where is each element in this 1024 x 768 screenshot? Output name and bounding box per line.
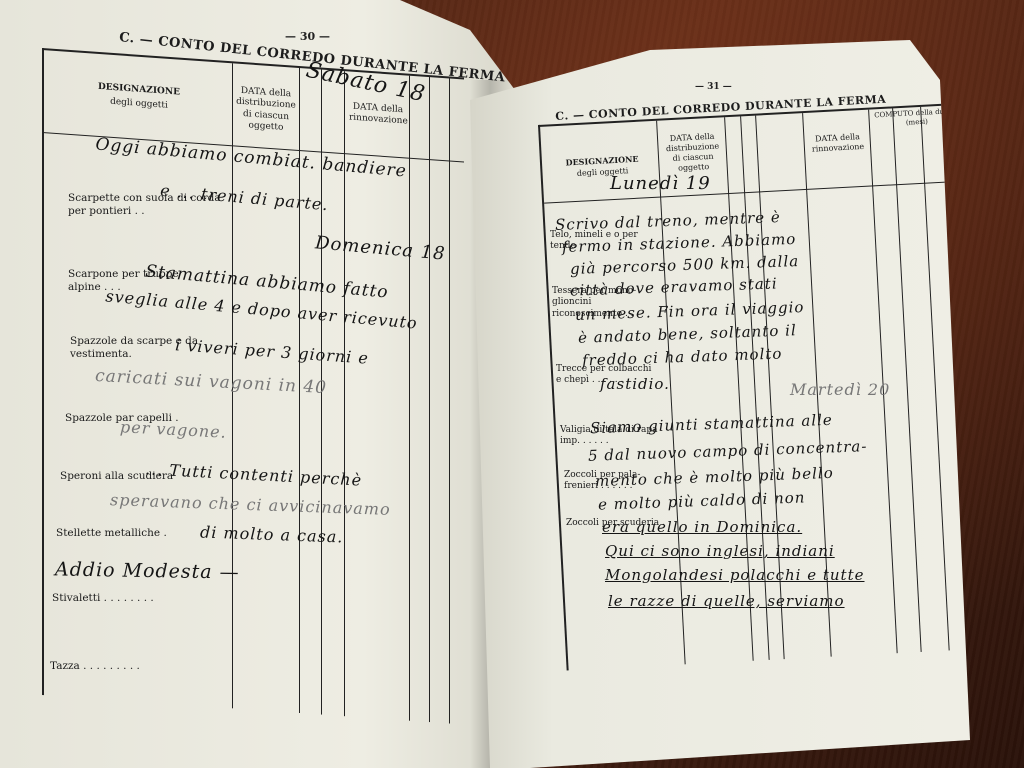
handwriting-line: Mongolandesi polacchi e tutte [605, 566, 865, 584]
handwriting-line: era quello in Dominica. [602, 518, 802, 536]
handwriting-signature: Addio Modesta — [55, 558, 240, 583]
handwriting-line: Lunedì 19 [610, 173, 711, 194]
right-page: — 31 — C. — CONTO DEL CORREDO DURANTE LA… [470, 40, 1024, 768]
handwriting-line: le razze di quelle, serviamo [608, 592, 845, 610]
page-number: — 30 — [285, 30, 330, 43]
col-data-rinnovazione: DATA della rinnovazione [349, 101, 407, 128]
item-row: Stivaletti . . . . . . . . [52, 592, 222, 605]
handwriting-line: Martedì 20 [790, 380, 890, 399]
col-data-distribuzione: DATA della distribuzione di ciascun ogge… [236, 86, 296, 135]
item-row: Tazza . . . . . . . . . [50, 660, 220, 673]
col-data-distribuzione: DATA della distribuzione di ciascun ogge… [661, 131, 725, 174]
handwriting-line: fastidio. [600, 375, 670, 393]
col-data-rinnovazione: DATA della rinnovazione [809, 132, 866, 155]
page-number: — 31 — [695, 82, 732, 92]
handwriting-line: Qui ci sono inglesi, indiani [605, 542, 835, 560]
left-page: — 30 — C. — CONTO DEL CORREDO DURANTE LA… [0, 0, 520, 768]
